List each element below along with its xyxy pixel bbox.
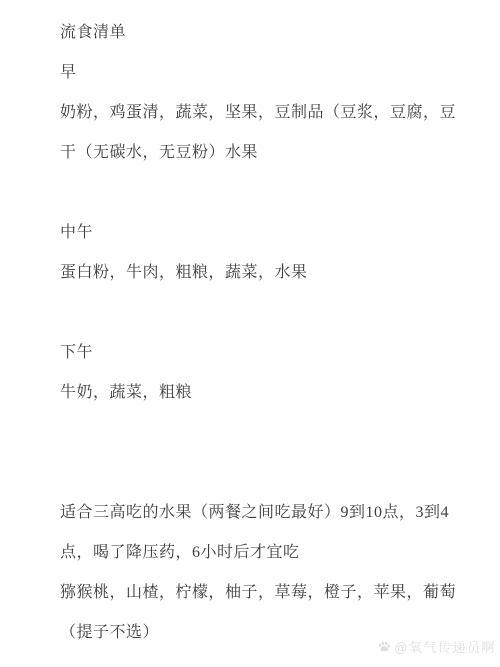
blank-line <box>60 453 484 493</box>
line-title: 流食清单 <box>60 13 484 53</box>
paw-icon <box>377 640 391 654</box>
line-lunch-items: 蛋白粉，牛肉，粗粮，蔬菜，水果 <box>60 253 484 293</box>
document-page: 流食清单 早 奶粉，鸡蛋清，蔬菜，坚果，豆制品（豆浆，豆腐，豆 干（无碳水，无豆… <box>0 0 500 667</box>
blank-line <box>60 413 484 453</box>
watermark-handle: @氧气传递员啊 <box>394 637 496 656</box>
line-breakfast-items-2: 干（无碳水，无豆粉）水果 <box>60 133 484 173</box>
blank-line <box>60 173 484 213</box>
line-afternoon-label: 下午 <box>60 333 484 373</box>
line-breakfast-label: 早 <box>60 53 484 93</box>
watermark: @氧气传递员啊 <box>377 637 496 656</box>
document-content: 流食清单 早 奶粉，鸡蛋清，蔬菜，坚果，豆制品（豆浆，豆腐，豆 干（无碳水，无豆… <box>60 13 484 653</box>
line-lunch-label: 中午 <box>60 213 484 253</box>
line-fruit-list: 猕猴桃，山楂，柠檬，柚子，草莓，橙子，苹果，葡萄 <box>60 573 484 613</box>
line-afternoon-items: 牛奶，蔬菜，粗粮 <box>60 373 484 413</box>
blank-line <box>60 293 484 333</box>
line-fruit-note-2: 点，喝了降压药，6小时后才宜吃 <box>60 533 484 573</box>
line-breakfast-items-1: 奶粉，鸡蛋清，蔬菜，坚果，豆制品（豆浆，豆腐，豆 <box>60 93 484 133</box>
line-fruit-note-1: 适合三高吃的水果（两餐之间吃最好）9到10点，3到4 <box>60 493 484 533</box>
